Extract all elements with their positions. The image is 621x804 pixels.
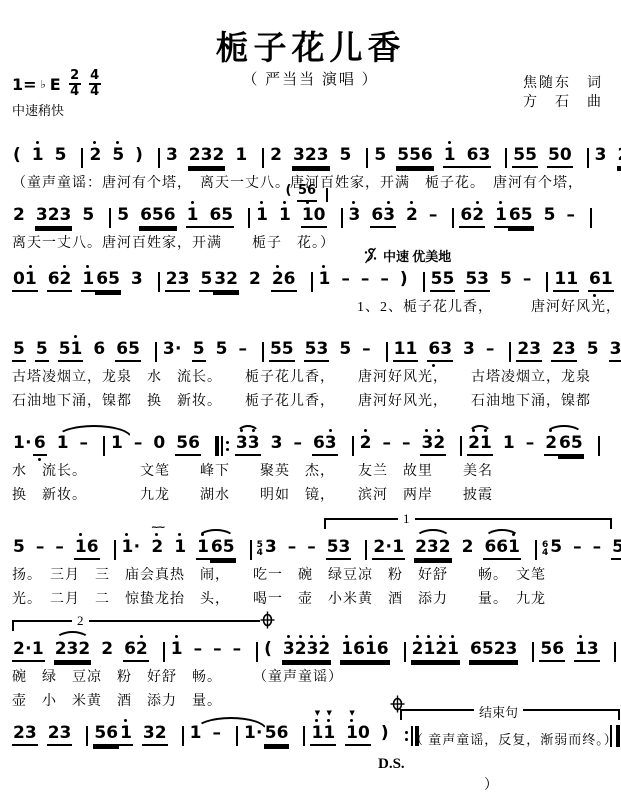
barline <box>386 342 388 362</box>
time-signature-44: 44 <box>89 70 101 98</box>
notes-row: 01621653235322261–––)55535–11611– <box>12 260 615 292</box>
note-group: 2 <box>100 641 114 660</box>
barline <box>256 642 258 662</box>
note-group: 5 <box>373 147 387 166</box>
note-group: 61 <box>588 271 614 292</box>
barline <box>404 642 406 662</box>
note-group: 543 <box>257 539 278 558</box>
barline <box>505 148 507 168</box>
note-group: 32 <box>142 725 168 746</box>
note-group: 232 <box>54 641 92 662</box>
note-group: 32 <box>609 341 621 362</box>
note-group: – <box>340 271 351 290</box>
note-group: 1▼0 <box>345 725 371 746</box>
note-group: 56 <box>539 641 565 662</box>
note-group: 56 <box>175 435 201 456</box>
note-group: 23 <box>516 341 542 362</box>
note-group: – <box>287 539 298 558</box>
note-group: – <box>525 435 536 454</box>
note-group: 63 <box>370 207 396 228</box>
note-group: 01 <box>12 271 38 292</box>
note-group: 532 <box>199 271 239 292</box>
note-group: 3 <box>594 147 608 166</box>
tempo-marking: 中速稍快 <box>12 100 64 119</box>
barline <box>262 148 264 168</box>
barline <box>248 208 250 228</box>
page-title: 栀子花儿香 <box>0 22 621 69</box>
note-group: – <box>360 271 371 290</box>
note-group: 62 <box>47 271 73 292</box>
note-group: – <box>565 207 576 226</box>
note-group: 1 <box>173 539 187 558</box>
note-group: – <box>211 725 222 744</box>
note-group: 3· <box>162 341 183 360</box>
barline <box>365 540 367 560</box>
note-group: 50 <box>547 147 573 168</box>
note-group: 1 65 <box>186 207 235 228</box>
barline <box>158 148 160 168</box>
notes-row: (1525)323212323555561 63555032321 <box>12 136 615 168</box>
note-group: – <box>237 341 248 360</box>
note-group: 661 <box>483 539 521 560</box>
barline <box>250 540 252 560</box>
key-signature: 1=♭E 24 44 <box>12 70 101 98</box>
coda-icon <box>260 611 275 629</box>
note-group: 63 <box>312 435 338 456</box>
key-note: E <box>50 75 61 94</box>
note-group: 265 <box>544 435 584 456</box>
note-group: 165 <box>81 271 121 292</box>
note-group: 11 <box>393 341 419 362</box>
note-group: 1 <box>255 207 269 226</box>
lyrics-row: 1、2、栀子花儿香， 唐河好风光， <box>12 296 615 316</box>
note-group: 5 <box>116 207 130 226</box>
final-barline <box>610 725 620 747</box>
note-group: 26 <box>271 271 297 292</box>
barline <box>614 642 616 662</box>
music-line-8: 结束句 2323561321–1·561▼1▼1▼0) （ 童声童谣，反复，渐弱… <box>12 714 615 746</box>
note-group: 23 <box>165 271 191 292</box>
note-group: 1 <box>502 435 516 454</box>
notes-row: 2·12322621–––(32321616212165235613 <box>12 630 615 662</box>
grace-notes: 64 <box>542 541 548 557</box>
note-group: 23 <box>551 341 577 362</box>
note-group: 32 <box>420 435 446 456</box>
dal-segno-mark: D.S. <box>378 756 405 773</box>
note-group: – <box>485 341 496 360</box>
note-group: 53 <box>464 271 490 292</box>
barline <box>423 272 425 292</box>
note-group: – <box>54 539 65 558</box>
note-group: 556 <box>396 147 434 168</box>
barline <box>452 208 454 228</box>
note-group: 232 <box>617 147 621 168</box>
note-group: – <box>133 435 144 454</box>
note-group: 645 <box>542 539 563 558</box>
barline <box>103 436 105 456</box>
lyrics-row: 水 流长。 文笔 峰下 聚英 杰， 友兰 故里 美名 <box>12 460 615 480</box>
music-line-6: 1 5––161·2~~1165543––532·12322661645––56… <box>12 528 615 608</box>
note-group: 1· <box>121 539 142 558</box>
notes-row: 5––161·2~~1165543––532·12322661645––56 <box>12 528 615 560</box>
note-group: – <box>522 271 533 290</box>
note-group: 5 <box>543 207 557 226</box>
barline <box>182 726 184 746</box>
barline <box>81 148 83 168</box>
note-group: 323 <box>292 147 330 168</box>
closing-paren: ） <box>484 774 498 794</box>
note-group: 53 <box>326 539 352 560</box>
note-group: 232 <box>188 147 226 168</box>
note-group: 5 <box>339 147 353 166</box>
note-group: – <box>361 341 372 360</box>
note-group: 2 <box>461 539 475 558</box>
note-group: – <box>212 641 223 660</box>
note-group: 62 <box>459 207 485 228</box>
note-group: 51 <box>58 341 84 362</box>
note-group: 3232 <box>282 641 331 662</box>
note-group: 11 <box>553 271 579 292</box>
lyrics-row: 古塔凌烟立，龙泉 水 流长。 栀子花儿香， 唐河好风光， 古塔凌烟立，龙泉 <box>12 366 615 386</box>
music-line-7: 2 2·12322621–––(32321616212165235613 碗 绿… <box>12 630 615 710</box>
note-group: – <box>292 435 303 454</box>
note-group: 656 <box>139 207 177 228</box>
note-group: – <box>379 271 390 290</box>
note-group: – <box>35 539 46 558</box>
note-group: – <box>428 207 439 226</box>
note-group: 561 <box>93 725 133 746</box>
note-group: 232 <box>414 539 452 560</box>
note-group: 56 <box>611 539 621 560</box>
barline <box>158 272 160 292</box>
volta-number: 2 <box>72 613 89 629</box>
note-group: 3 <box>270 435 284 454</box>
note-group: 1 <box>170 641 184 660</box>
music-line-2: (56 2323556561 6511103632–621655– 离天一丈八。… <box>12 196 615 252</box>
note-group: 5 <box>12 341 26 362</box>
note-group: 2 <box>269 147 283 166</box>
barline <box>114 540 116 560</box>
barline <box>163 642 165 662</box>
note-group: 2 <box>248 271 262 290</box>
note-group: 6523 <box>469 641 518 662</box>
note-group: 1 <box>318 271 332 290</box>
note-group: 6 <box>92 341 106 360</box>
note-group: 1 <box>31 147 45 166</box>
note-group: 55 <box>269 341 295 362</box>
barline <box>598 436 600 456</box>
note-group: – <box>572 539 583 558</box>
barline <box>155 342 157 362</box>
note-group: 5 <box>215 341 229 360</box>
lyrics-row: 碗 绿 豆凉 粉 好舒 畅。 （童声童谣） <box>12 666 615 686</box>
note-group: 1▼1▼ <box>310 725 336 746</box>
note-group: – <box>381 435 392 454</box>
note-group: 5 <box>192 341 206 362</box>
note-group: 5 <box>81 207 95 226</box>
barline <box>236 726 238 746</box>
note-group: 2 <box>405 207 419 226</box>
note-group: 5 <box>35 341 49 362</box>
note-group: 3 <box>462 341 476 360</box>
music-line-3: 中速 优美地 01621653235322261–––)55535–11611–… <box>12 260 615 316</box>
note-group: 55 <box>512 147 538 168</box>
music-line-5: 1·61–1–056333–632––32211–265 水 流长。 文笔 峰下… <box>12 424 615 504</box>
note-group: 2 <box>12 207 26 226</box>
barline <box>532 642 534 662</box>
volta-number: 1 <box>398 511 415 527</box>
note-group: – <box>232 641 243 660</box>
note-group: 323 <box>35 207 73 228</box>
note-group: 2·1 <box>12 641 45 662</box>
lyrics-row: 光。 二月 二 惊蛰龙抬 头， 喝一 壶 小米黄 酒 添力 量。 九龙 <box>12 588 615 608</box>
barline <box>215 436 230 456</box>
note-group: ( <box>12 147 22 166</box>
note-group: 5 <box>54 147 68 166</box>
note-group: 16 <box>74 539 100 560</box>
note-group: ) <box>134 147 144 166</box>
notes-row: 55516653·55–55535–11633–2323532 <box>12 330 615 362</box>
note-group: 53 <box>304 341 330 362</box>
note-group: 165 <box>494 207 534 228</box>
ending-instruction: （ 童声童谣，反复，渐弱而终。） <box>410 729 615 748</box>
barline <box>535 540 537 560</box>
note-group: 1·56 <box>243 725 290 746</box>
note-group: 33 <box>235 435 261 456</box>
time-signature-24: 24 <box>69 70 81 98</box>
barline <box>587 148 589 168</box>
note-group: ) <box>380 725 390 744</box>
note-group: 0 <box>152 435 166 454</box>
flat-sign: ♭ <box>41 78 46 91</box>
composer: 方 石 曲 <box>523 93 603 112</box>
barline <box>311 272 313 292</box>
note-group: 3 <box>130 271 144 290</box>
lyrics-row: 离天一丈八。唐河百姓家，开满 栀子 花。） <box>12 232 615 252</box>
barline <box>366 148 368 168</box>
note-group: 1 <box>56 435 70 454</box>
note-group: – <box>306 539 317 558</box>
note-group: ) <box>399 271 409 290</box>
barline <box>546 272 548 292</box>
barline <box>590 208 592 228</box>
note-group: 1 <box>189 725 203 744</box>
note-group: 2 <box>88 147 102 166</box>
note-group: 5 <box>499 271 513 290</box>
barline <box>509 342 511 362</box>
barline <box>352 436 354 456</box>
key-prefix: 1= <box>12 75 37 94</box>
lyricist: 焦随东 词 <box>523 74 603 93</box>
note-group: 5 <box>338 341 352 360</box>
credits: 焦随东 词 方 石 曲 <box>523 74 603 112</box>
grace-notes: 54 <box>257 541 263 557</box>
note-group: 65 <box>115 341 141 362</box>
note-group: – <box>592 539 603 558</box>
note-group: 1 <box>234 147 248 166</box>
note-group: 2121 <box>411 641 460 662</box>
note-group: – <box>401 435 412 454</box>
note-group: 23 <box>47 725 73 746</box>
barline <box>303 726 305 746</box>
note-group: 1 63 <box>443 147 492 168</box>
lyrics-row: 石油地下涌，镍都 换 新妆。 栀子花儿香， 唐河好风光， 石油地下涌，镍都 <box>12 390 615 410</box>
note-group: 3 <box>165 147 179 166</box>
note-group: 1·6 <box>12 435 47 456</box>
note-group: ( <box>263 641 273 660</box>
note-group: 23 <box>12 725 38 746</box>
note-group: 2 <box>359 435 373 454</box>
sheet-music-page: 栀子花儿香 （ 严当当 演唱 ） 1=♭E 24 44 中速稍快 焦随东 词 方… <box>0 0 621 804</box>
note-group: 5 <box>111 147 125 166</box>
note-group: 165 <box>196 539 236 560</box>
barline <box>109 208 111 228</box>
note-group: 13 <box>574 641 600 662</box>
note-group: 1 <box>110 435 124 454</box>
barline <box>86 726 88 746</box>
barline <box>460 436 462 456</box>
note-group: 10 <box>301 207 327 228</box>
note-group: 63 <box>427 341 453 362</box>
note-group: 1 <box>278 207 292 226</box>
note-group: 5 <box>586 341 600 360</box>
lyrics-row: 扬。 三月 三 庙会真热 闹， 吃一 碗 绿豆凉 粉 好舒 畅。 文笔 <box>12 564 615 584</box>
notes-row: 2323556561 6511103632–621655– <box>12 196 615 228</box>
note-group: 1616 <box>340 641 389 662</box>
music-line-4: 55516653·55–55535–11633–2323532 古塔凌烟立，龙泉… <box>12 330 615 410</box>
lyrics-row: 壶 小 米黄 酒 添力 量。 <box>12 690 615 710</box>
note-group: 55 <box>430 271 456 292</box>
note-group: 21 <box>467 435 493 456</box>
note-group: 2·1 <box>372 539 405 560</box>
note-group: 62 <box>123 641 149 662</box>
barline <box>341 208 343 228</box>
note-group: – <box>79 435 90 454</box>
lyrics-row: 换 新妆。 九龙 湖水 明如 镜， 滨河 两岸 披霞 <box>12 484 615 504</box>
barline <box>262 342 264 362</box>
note-group: 2~~ <box>150 539 164 558</box>
notes-row: 1·61–1–056333–632––32211–265 <box>12 424 615 456</box>
note-group: – <box>193 641 204 660</box>
note-group: 3 <box>348 207 362 226</box>
note-group: 5 <box>12 539 26 558</box>
